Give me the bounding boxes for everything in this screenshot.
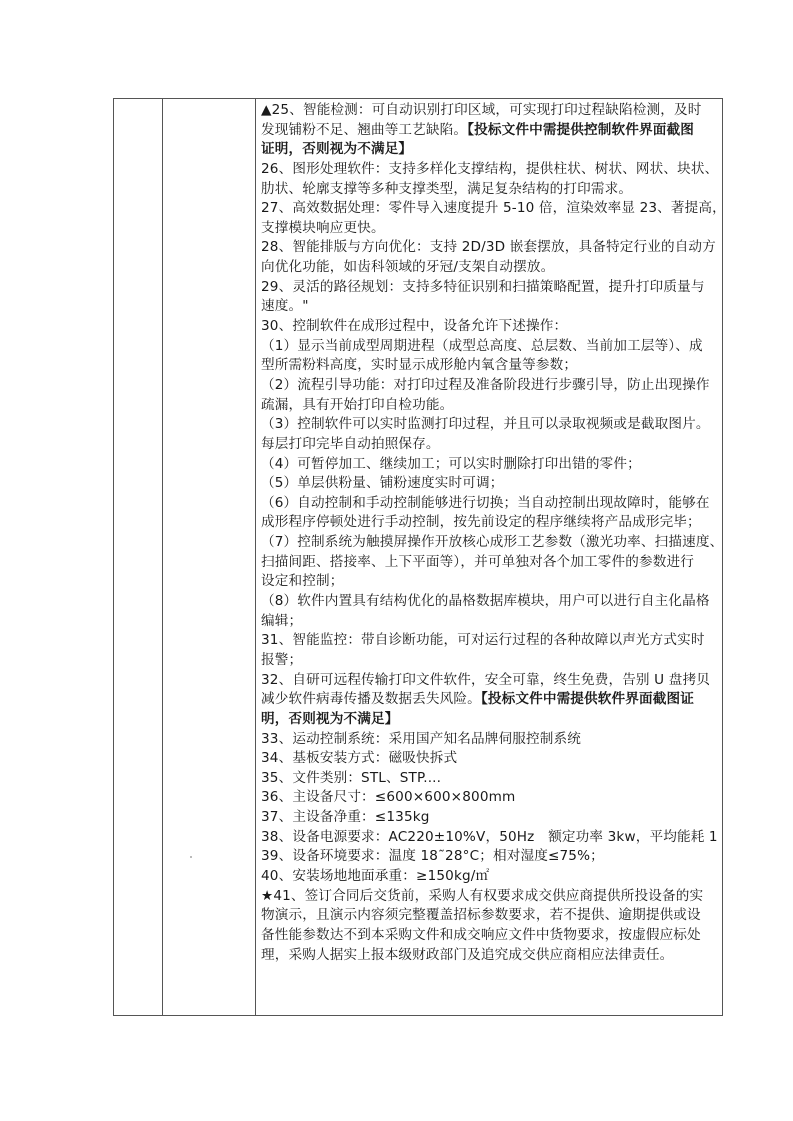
spec-line-text: 速度。" (261, 298, 309, 314)
spec-line: 设定和控制； (261, 572, 718, 592)
spec-line: （7）控制系统为触摸屏操作开放核心成形工艺参数（激光功率、扫描速度、 (261, 533, 718, 553)
column-divider-1 (162, 99, 163, 1015)
spec-line-text: 编辑； (261, 613, 302, 629)
spec-line: 发现铺粉不足、翘曲等工艺缺陷。【投标文件中需提供控制软件界面截图 (261, 121, 718, 141)
spec-line: 成形程序停顿处进行手动控制，按先前设定的程序继续将产品成形完毕； (261, 513, 718, 533)
spec-line-text: 备性能参数达不到本采购文件和成交响应文件中货物要求，按虚假应标处 (261, 927, 701, 943)
spec-line-text: 34、基板安装方式：磁吸快拆式 (261, 750, 457, 766)
spec-line-text: 39、设备环境要求：温度 18˜28°C；相对湿度≤75%； (261, 848, 604, 864)
spec-line: 26、图形处理软件：支持多样化支撑结构，提供柱状、树状、网状、块状、 (261, 160, 718, 180)
spec-line: ★41、签订合同后交货前，采购人有权要求成交供应商提供所投设备的实 (261, 887, 718, 907)
spec-line: 编辑； (261, 612, 718, 632)
spec-line-text: 疏漏，具有开始打印自检功能。 (261, 397, 453, 413)
spec-line-text: ▲25、智能检测：可自动识别打印区域，可实现打印过程缺陷检测，及时 (261, 102, 702, 118)
spec-line: （2）流程引导功能：对打印过程及准备阶段进行步骤引导，防止出现操作 (261, 376, 718, 396)
spec-line-text: （8）软件内置具有结构优化的晶格数据库模块，用户可以进行自主化晶格 (261, 593, 710, 609)
spec-line: 扫描间距、搭接率、上下平面等），并可单独对各个加工零件的参数进行 (261, 553, 718, 573)
spec-line: 28、智能排版与方向优化：支持 2D/3D 嵌套摆放，具备特定行业的自动方 (261, 238, 718, 258)
spec-line-text: 理，采购人据实上报本级财政部门及追究成交供应商相应法律责任。 (261, 947, 673, 963)
spec-line-text: 30、控制软件在成形过程中，设备允许下述操作： (261, 318, 567, 334)
spec-line-text: 35、文件类别：STL、STP.... (261, 770, 441, 786)
spec-line-text: （7）控制系统为触摸屏操作开放核心成形工艺参数（激光功率、扫描速度、 (261, 534, 718, 550)
spec-line: 支撑模块响应更快。 (261, 219, 718, 239)
spec-line-text: 33、运动控制系统：采用国产知名品牌伺服控制系统 (261, 731, 581, 747)
spec-line: （5）单层供粉量、铺粉速度实时可调； (261, 474, 718, 494)
spec-line-text: ★41、签订合同后交货前，采购人有权要求成交供应商提供所投设备的实 (261, 888, 703, 904)
spec-line: 证明，否则视为不满足】 (261, 140, 718, 160)
requirements-cell: ▲25、智能检测：可自动识别打印区域，可实现打印过程缺陷检测，及时发现铺粉不足、… (256, 99, 722, 1015)
spec-line: 型所需粉料高度，实时显示成形舱内氧含量等参数； (261, 356, 718, 376)
spec-line: 34、基板安装方式：磁吸快拆式 (261, 749, 718, 769)
spec-line-text: 型所需粉料高度，实时显示成形舱内氧含量等参数； (261, 357, 577, 373)
spec-line: 报警； (261, 651, 718, 671)
spec-line: 理，采购人据实上报本级财政部门及追究成交供应商相应法律责任。 (261, 946, 718, 966)
spec-line-text: 26、图形处理软件：支持多样化支撑结构，提供柱状、树状、网状、块状、 (261, 161, 718, 177)
spec-line: 32、自研可远程传输打印文件软件，安全可靠，终生免费，告别 U 盘拷贝 (261, 671, 718, 691)
spec-line-text: 37、主设备净重：≤135kg (261, 809, 430, 825)
spec-line: 向优化功能，如齿科领域的牙冠/支架自动摆放。 (261, 258, 718, 278)
spec-line-text: 支撑模块响应更快。 (261, 220, 385, 236)
spec-line: （3）控制软件可以实时监测打印过程，并且可以录取视频或是截取图片。 (261, 415, 718, 435)
spec-line: 30、控制软件在成形过程中，设备允许下述操作： (261, 317, 718, 337)
spec-line: 33、运动控制系统：采用国产知名品牌伺服控制系统 (261, 730, 718, 750)
spec-line: 31、智能监控：带自诊断功能，可对运行过程的各种故障以声光方式实时 (261, 631, 718, 651)
spec-line-text: 减少软件病毒传播及数据丢失风险。 (261, 691, 481, 707)
spec-line: （1）显示当前成型周期进程（成型总高度、总层数、当前加工层等）、成 (261, 337, 718, 357)
spec-line: ▲25、智能检测：可自动识别打印区域，可实现打印过程缺陷检测，及时 (261, 101, 718, 121)
spec-line-text: 29、灵活的路径规划：支持多特征识别和扫描策略配置，提升打印质量与 (261, 279, 705, 295)
spec-line: 每层打印完毕自动拍照保存。 (261, 435, 718, 455)
spec-line-text: 31、智能监控：带自诊断功能，可对运行过程的各种故障以声光方式实时 (261, 632, 705, 648)
spec-line: （6）自动控制和手动控制能够进行切换；当自动控制出现故障时，能够在 (261, 494, 718, 514)
spec-line-text: （6）自动控制和手动控制能够进行切换；当自动控制出现故障时，能够在 (261, 495, 710, 511)
spec-line: 明，否则视为不满足】 (261, 710, 718, 730)
spec-line-bold-note: 【投标文件中需提供软件界面截图证 (481, 691, 694, 707)
spec-line: 减少软件病毒传播及数据丢失风险。【投标文件中需提供软件界面截图证 (261, 690, 718, 710)
spec-line-text: 向优化功能，如齿科领域的牙冠/支架自动摆放。 (261, 259, 554, 275)
spec-line-text: 成形程序停顿处进行手动控制，按先前设定的程序继续将产品成形完毕； (261, 514, 701, 530)
spec-line-text: （3）控制软件可以实时监测打印过程，并且可以录取视频或是截取图片。 (261, 416, 710, 432)
spec-line-text: 扫描间距、搭接率、上下平面等），并可单独对各个加工零件的参数进行 (261, 554, 694, 570)
spec-line: 27、高效数据处理：零件导入速度提升 5-10 倍，渲染效率显 23、著提高， (261, 199, 718, 219)
spec-line: 备性能参数达不到本采购文件和成交响应文件中货物要求，按虚假应标处 (261, 926, 718, 946)
specification-table: ▲25、智能检测：可自动识别打印区域，可实现打印过程缺陷检测，及时发现铺粉不足、… (113, 98, 723, 1016)
spec-line-text: （1）显示当前成型周期进程（成型总高度、总层数、当前加工层等）、成 (261, 338, 703, 354)
spec-line-text: （2）流程引导功能：对打印过程及准备阶段进行步骤引导，防止出现操作 (261, 377, 710, 393)
spec-line-text: 每层打印完毕自动拍照保存。 (261, 436, 440, 452)
spec-line-text: 报警； (261, 652, 302, 668)
spec-line-text: 发现铺粉不足、翘曲等工艺缺陷。 (261, 122, 467, 138)
spec-line-text: 28、智能排版与方向优化：支持 2D/3D 嵌套摆放，具备特定行业的自动方 (261, 239, 716, 255)
spec-line: 疏漏，具有开始打印自检功能。 (261, 396, 718, 416)
spec-line: （4）可暂停加工、继续加工；可以实时删除打印出错的零件； (261, 455, 718, 475)
spec-line-text: 肋状、轮廓支撑等多种支撑类型，满足复杂结构的打印需求。 (261, 181, 632, 197)
spec-line-text: 物演示，且演示内容须完整覆盖招标参数要求，若不提供、逾期提供或设 (261, 907, 701, 923)
spec-line-text: 27、高效数据处理：零件导入速度提升 5-10 倍，渲染效率显 23、著提高， (261, 200, 718, 216)
spec-line-bold-note: 证明，否则视为不满足】 (261, 141, 412, 157)
spec-line: 29、灵活的路径规划：支持多特征识别和扫描策略配置，提升打印质量与 (261, 278, 718, 298)
spec-line-text: 36、主设备尺寸：≤600×600×800mm (261, 789, 515, 805)
spec-line: 40、安装场地地面承重：≥150kg/㎡ (261, 867, 718, 887)
spec-line: （8）软件内置具有结构优化的晶格数据库模块，用户可以进行自主化晶格 (261, 592, 718, 612)
spec-line: 37、主设备净重：≤135kg (261, 808, 718, 828)
spec-line-text: 设定和控制； (261, 573, 343, 589)
spec-line-text: 40、安装场地地面承重：≥150kg/㎡ (261, 868, 489, 884)
spec-line-bold-note: 【投标文件中需提供控制软件界面截图 (467, 122, 694, 138)
spec-line: 速度。" (261, 297, 718, 317)
spec-line-text: （5）单层供粉量、铺粉速度实时可调； (261, 475, 503, 491)
scan-speck (190, 856, 192, 858)
spec-line-text: 38、设备电源要求：AC220±10%V，50Hz 额定功率 3kw，平均能耗 … (261, 829, 718, 845)
spec-line: 肋状、轮廓支撑等多种支撑类型，满足复杂结构的打印需求。 (261, 180, 718, 200)
spec-line: 物演示，且演示内容须完整覆盖招标参数要求，若不提供、逾期提供或设 (261, 906, 718, 926)
spec-line-text: （4）可暂停加工、继续加工；可以实时删除打印出错的零件； (261, 456, 641, 472)
spec-line: 39、设备环境要求：温度 18˜28°C；相对湿度≤75%； (261, 847, 718, 867)
spec-line: 38、设备电源要求：AC220±10%V，50Hz 额定功率 3kw，平均能耗 … (261, 828, 718, 848)
spec-line-text: 32、自研可远程传输打印文件软件，安全可靠，终生免费，告别 U 盘拷贝 (261, 672, 710, 688)
spec-line: 35、文件类别：STL、STP.... (261, 769, 718, 789)
spec-line: 36、主设备尺寸：≤600×600×800mm (261, 788, 718, 808)
spec-line-bold-note: 明，否则视为不满足】 (261, 711, 398, 727)
